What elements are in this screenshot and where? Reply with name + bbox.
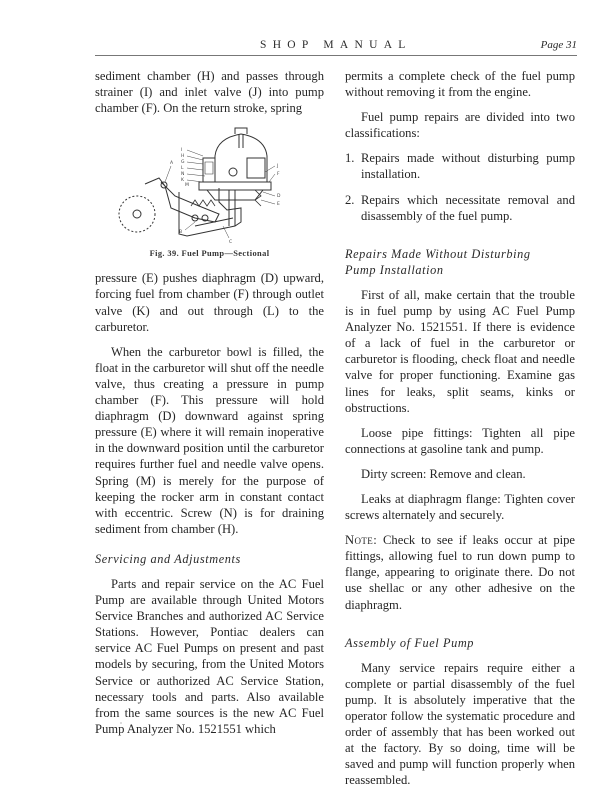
svg-text:G: G (181, 159, 185, 165)
paragraph: Fuel pump repairs are divided into two c… (345, 109, 575, 141)
note-text: Check to see if leaks occur at pipe fitt… (345, 533, 575, 611)
label-I: I (181, 147, 182, 153)
scan-speck (120, 722, 122, 724)
list-number: 1. (345, 150, 361, 182)
paragraph: sediment chamber (H) and passes through … (95, 68, 324, 116)
right-column: permits a complete check of the fuel pum… (345, 68, 575, 788)
list-number: 2. (345, 192, 361, 224)
paragraph: permits a complete check of the fuel pum… (345, 68, 575, 100)
note-paragraph: Note: Check to see if leaks occur at pip… (345, 532, 575, 612)
svg-text:L: L (181, 165, 184, 171)
paragraph: First of all, make certain that the trou… (345, 287, 575, 416)
paragraph: Parts and repair service on the AC Fuel … (95, 576, 324, 737)
section-heading-line1: Repairs Made Without Disturbing (345, 247, 531, 261)
header-rule (95, 55, 577, 56)
fuel-pump-diagram-icon: I H G L N K M A J F D E B C (115, 126, 305, 244)
section-heading: Repairs Made Without Disturbing Pump Ins… (345, 246, 575, 278)
paragraph: Many service repairs require either a co… (345, 660, 575, 789)
paragraph: Leaks at diaphragm flange: Tighten cover… (345, 491, 575, 523)
svg-text:C: C (229, 239, 232, 244)
page-header: SHOP MANUAL Page 31 (95, 36, 577, 56)
svg-text:D: D (277, 193, 281, 199)
running-title: SHOP MANUAL (260, 39, 412, 51)
section-heading: Assembly of Fuel Pump (345, 635, 575, 651)
svg-text:E: E (277, 201, 280, 207)
manual-page: SHOP MANUAL Page 31 sediment chamber (H)… (0, 0, 612, 792)
paragraph: Dirty screen: Remove and clean. (345, 466, 575, 482)
svg-text:H: H (181, 153, 184, 159)
section-heading: Servicing and Adjustments (95, 551, 324, 567)
svg-text:J: J (276, 163, 278, 169)
page-number: Page 31 (541, 39, 577, 51)
left-column: sediment chamber (H) and passes through … (95, 68, 324, 737)
list-text: Repairs which necessitate removal and di… (361, 192, 575, 224)
paragraph: When the carburetor bowl is filled, the … (95, 344, 324, 537)
svg-text:F: F (277, 171, 280, 177)
list-text: Repairs made without disturbing pump ins… (361, 150, 575, 182)
svg-text:A: A (170, 160, 174, 166)
paragraph: Loose pipe fittings: Tighten all pipe co… (345, 425, 575, 457)
svg-text:B: B (179, 229, 182, 235)
list-item: 1. Repairs made without disturbing pump … (345, 150, 575, 182)
paragraph: pressure (E) pushes diaphragm (D) upward… (95, 270, 324, 334)
section-heading-line2: Pump Installation (345, 263, 444, 277)
fuel-pump-figure: I H G L N K M A J F D E B C (95, 126, 324, 244)
svg-text:N: N (181, 171, 184, 177)
note-label: Note: (345, 533, 377, 547)
list-item: 2. Repairs which necessitate removal and… (345, 192, 575, 224)
svg-text:M: M (185, 182, 189, 188)
figure-caption: Fig. 39. Fuel Pump—Sectional (95, 246, 324, 262)
